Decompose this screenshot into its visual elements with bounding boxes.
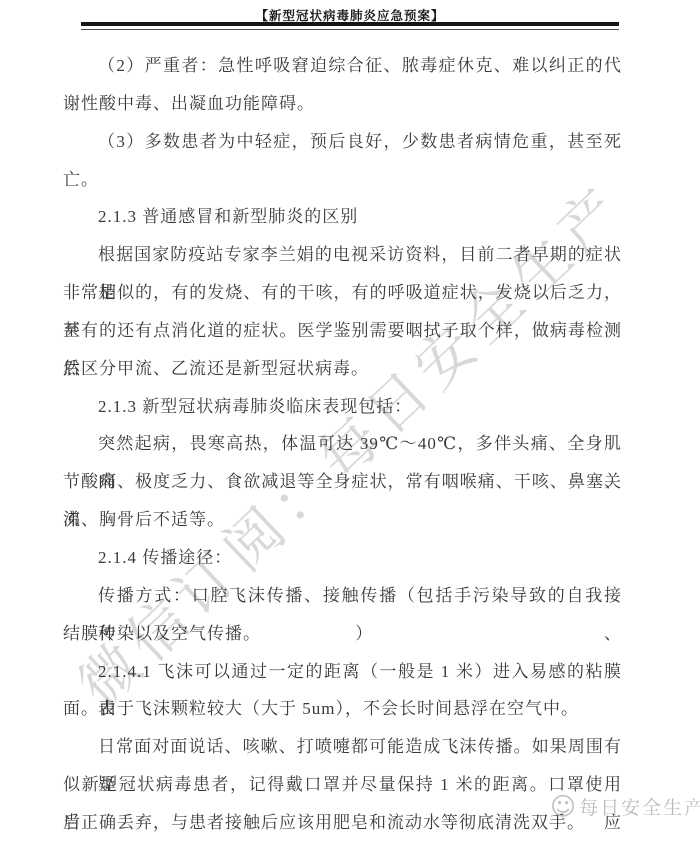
- body-line: 2.1.3 新型冠状病毒肺炎临床表现包括：: [63, 388, 622, 426]
- body-line: （2）严重者：急性呼吸窘迫综合征、脓毒症休克、难以纠正的代: [63, 47, 622, 85]
- body-line: 根据国家防疫站专家李兰娟的电视采访资料，目前二者早期的症状是: [63, 236, 622, 274]
- body-line: 谢性酸中毒、出凝血功能障碍。: [63, 85, 622, 123]
- body-line: 涕、胸骨后不适等。: [63, 501, 622, 539]
- body-line: 2.1.4 传播途径：: [63, 539, 622, 577]
- body-line: 似新型冠状病毒患者，记得戴口罩并尽量保持 1 米的距离。口罩使用后应: [63, 766, 622, 804]
- header-rule-thick: [81, 22, 619, 26]
- body-line: 亡。: [63, 161, 622, 199]
- header-rule-thin: [81, 29, 619, 30]
- document-body: （2）严重者：急性呼吸窘迫综合征、脓毒症休克、难以纠正的代谢性酸中毒、出凝血功能…: [63, 47, 622, 842]
- body-line: 当正确丢弃，与患者接触后应该用肥皂和流动水等彻底清洗双手。: [63, 804, 622, 842]
- body-line: 非常相似的，有的发烧、有的干咳，有的呼吸道症状，发烧以后乏力，甚: [63, 274, 622, 312]
- body-line: 日常面对面说话、咳嗽、打喷嚏都可能造成飞沫传播。如果周围有疑: [63, 728, 622, 766]
- body-line: 后区分甲流、乙流还是新型冠状病毒。: [63, 350, 622, 388]
- body-line: 突然起病，畏寒高热，体温可达 39℃～40℃，多伴头痛、全身肌肉关: [63, 425, 622, 463]
- body-line: 面。由于飞沫颗粒较大（大于 5um），不会长时间悬浮在空气中。: [63, 690, 622, 728]
- body-line: 节酸痛、极度乏力、食欲减退等全身症状，常有咽喉痛、干咳、鼻塞、流: [63, 463, 622, 501]
- body-line: 2.1.4.1 飞沫可以通过一定的距离（一般是 1 米）进入易感的粘膜表: [63, 653, 622, 691]
- body-line: （3）多数患者为中轻症，预后良好，少数患者病情危重，甚至死: [63, 123, 622, 161]
- body-line: 传播方式：口腔飞沫传播、接触传播（包括手污染导致的自我接种）、: [63, 577, 622, 615]
- body-line: 至有的还有点消化道的症状。医学鉴别需要咽拭子取个样，做病毒检测然: [63, 312, 622, 350]
- body-line: 2.1.3 普通感冒和新型肺炎的区别: [63, 198, 622, 236]
